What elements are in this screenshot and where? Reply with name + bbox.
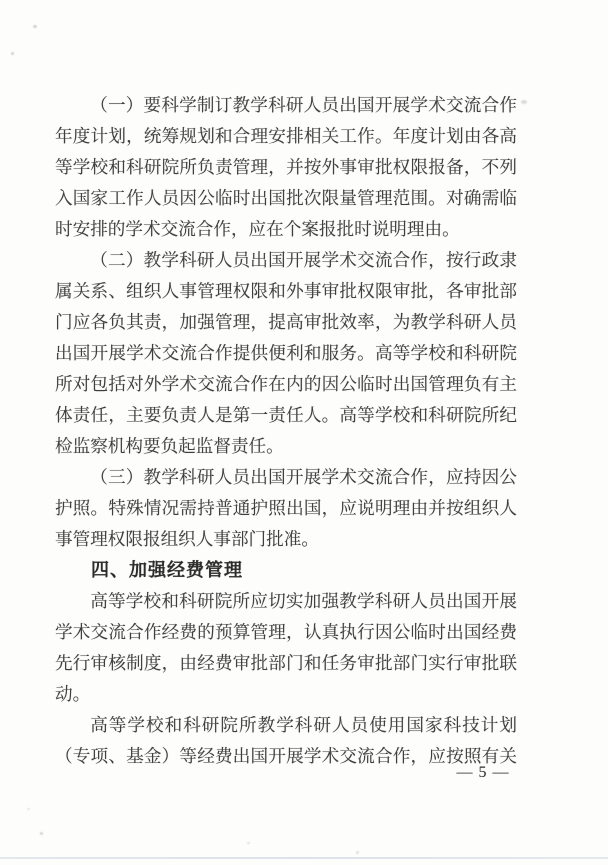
text-line: （二）教学科研人员出国开展学术交流合作，按行政隶 <box>55 245 517 276</box>
text-line: 护照。特殊情况需持普通护照出国，应说明理由并按组织人 <box>55 493 517 524</box>
text-line: （一）要科学制订教学科研人员出国开展学术交流合作 <box>55 90 517 121</box>
text-line: 学术交流合作经费的预算管理，认真执行因公临时出国经费 <box>55 617 517 648</box>
text-line: 等学校和科研院所负责管理，并按外事审批权限报备，不列 <box>55 152 517 183</box>
text-line: 动。 <box>55 679 517 710</box>
scan-edge-artifact <box>0 857 608 859</box>
text-line: （三）教学科研人员出国开展学术交流合作，应持因公 <box>55 462 517 493</box>
text-line: 事管理权限报组织人事部门批准。 <box>55 524 517 555</box>
text-line: 高等学校和科研院所教学科研人员使用国家科技计划 <box>55 710 517 741</box>
text-line: 入国家工作人员因公临时出国批次限量管理范围。对确需临 <box>55 183 517 214</box>
scan-speck <box>40 832 43 835</box>
text-line: 体责任，主要负责人是第一责任人。高等学校和科研院所纪 <box>55 400 517 431</box>
text-line: 先行审核制度，由经费审批部门和任务审批部门实行审批联 <box>55 648 517 679</box>
text-line: 年度计划，统筹规划和合理安排相关工作。年度计划由各高 <box>55 121 517 152</box>
scan-speck <box>11 52 14 55</box>
text-line: 属关系、组织人事管理权限和外事审批权限审批，各审批部 <box>55 276 517 307</box>
text-line: （专项、基金）等经费出国开展学术交流合作，应按照有关 <box>55 741 517 772</box>
scanned-document-page: （一）要科学制订教学科研人员出国开展学术交流合作年度计划，统筹规划和合理安排相关… <box>0 0 608 865</box>
scan-speck <box>33 25 37 28</box>
section-heading: 四、加强经费管理 <box>55 555 517 586</box>
document-body: （一）要科学制订教学科研人员出国开展学术交流合作年度计划，统筹规划和合理安排相关… <box>55 90 517 772</box>
text-line: 出国开展学术交流合作提供便利和服务。高等学校和科研院 <box>55 338 517 369</box>
text-line: 高等学校和科研院所应切实加强教学科研人员出国开展 <box>55 586 517 617</box>
scan-speck <box>356 851 359 854</box>
scan-speck <box>27 808 30 810</box>
text-line: 所对包括对外学术交流合作在内的因公临时出国管理负有主 <box>55 369 517 400</box>
text-line: 时安排的学术交流合作，应在个案报批时说明理由。 <box>55 214 517 245</box>
page-number: — 5 — <box>451 764 515 782</box>
scan-speck <box>521 100 527 104</box>
text-line: 检监察机构要负起监督责任。 <box>55 431 517 462</box>
text-line: 门应各负其责，加强管理，提高审批效率，为教学科研人员 <box>55 307 517 338</box>
scan-speck <box>247 842 250 844</box>
